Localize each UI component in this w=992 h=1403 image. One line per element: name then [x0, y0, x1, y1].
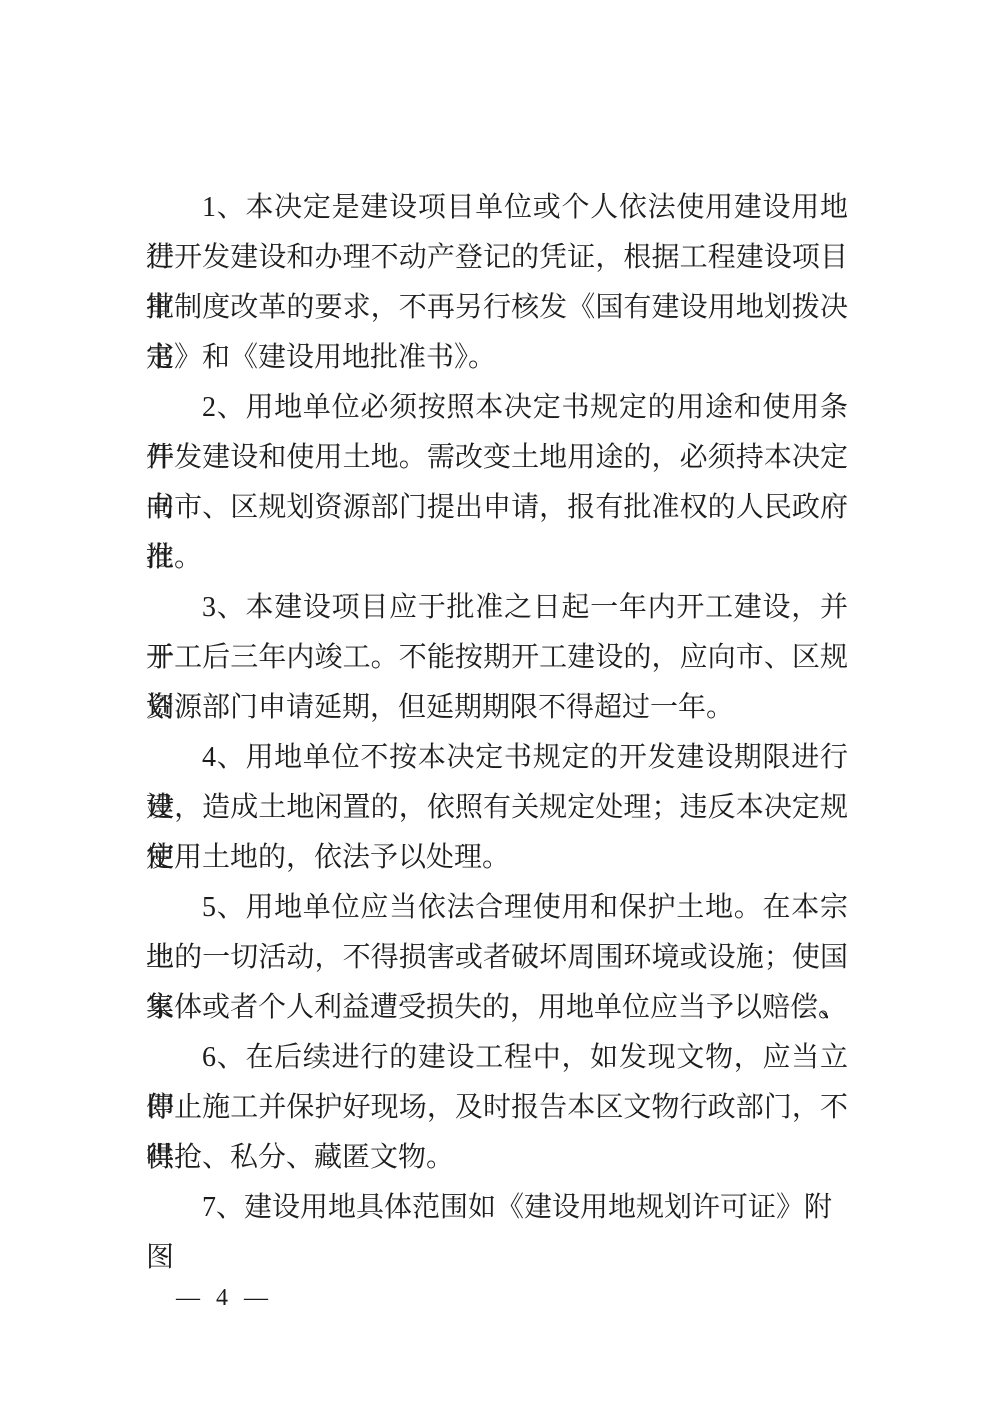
paragraph: 1、本决定是建设项目单位或个人依法使用建设用地进行开发建设和办理不动产登记的凭证… — [146, 183, 848, 383]
paragraph-line: 开工后三年内竣工。不能按期开工建设的，应向市、区规划 — [146, 633, 848, 683]
paragraph-line: 停止施工并保护好现场，及时报告本区文物行政部门，不得 — [146, 1083, 848, 1133]
paragraph-line: 集体或者个人利益遭受损失的，用地单位应当予以赔偿。 — [146, 983, 848, 1033]
paragraph: 6、在后续进行的建设工程中，如发现文物，应当立即停止施工并保护好现场，及时报告本… — [146, 1033, 848, 1183]
paragraph-line: 批制度改革的要求，不再另行核发《国有建设用地划拨决定 — [146, 283, 848, 333]
paragraph-line: 哄抢、私分、藏匿文物。 — [146, 1133, 848, 1183]
paragraph: 2、用地单位必须按照本决定书规定的用途和使用条件开发建设和使用土地。需改变土地用… — [146, 383, 848, 583]
paragraph-line: 4、用地单位不按本决定书规定的开发建设期限进行建 — [146, 733, 848, 783]
paragraph-line: 5、用地单位应当依法合理使用和保护土地。在本宗地 — [146, 883, 848, 933]
paragraph-line: 开发建设和使用土地。需改变土地用途的，必须持本决定书 — [146, 433, 848, 483]
paragraph-line: 6、在后续进行的建设工程中，如发现文物，应当立即 — [146, 1033, 848, 1083]
paragraph-line: 设，造成土地闲置的，依照有关规定处理；违反本决定规定 — [146, 783, 848, 833]
paragraph-line: 上的一切活动，不得损害或者破坏周围环境或设施；使国家、 — [146, 933, 848, 983]
document-body: 1、本决定是建设项目单位或个人依法使用建设用地进行开发建设和办理不动产登记的凭证… — [146, 183, 848, 1233]
paragraph-line: 7、建设用地具体范围如《建设用地规划许可证》附图 — [146, 1183, 848, 1233]
paragraph-line: 向市、区规划资源部门提出申请，报有批准权的人民政府批 — [146, 483, 848, 533]
paragraph-line: 使用土地的，依法予以处理。 — [146, 833, 848, 883]
paragraph-line: 书》和《建设用地批准书》。 — [146, 333, 848, 383]
paragraph: 5、用地单位应当依法合理使用和保护土地。在本宗地上的一切活动，不得损害或者破坏周… — [146, 883, 848, 1033]
paragraph: 4、用地单位不按本决定书规定的开发建设期限进行建设，造成土地闲置的，依照有关规定… — [146, 733, 848, 883]
paragraph-line: 3、本建设项目应于批准之日起一年内开工建设，并于 — [146, 583, 848, 633]
document-page: 1、本决定是建设项目单位或个人依法使用建设用地进行开发建设和办理不动产登记的凭证… — [0, 0, 992, 1403]
paragraph-line: 行开发建设和办理不动产登记的凭证，根据工程建设项目审 — [146, 233, 848, 283]
page-number: — 4 — — [176, 1285, 273, 1311]
paragraph: 3、本建设项目应于批准之日起一年内开工建设，并于开工后三年内竣工。不能按期开工建… — [146, 583, 848, 733]
paragraph-line: 2、用地单位必须按照本决定书规定的用途和使用条件 — [146, 383, 848, 433]
paragraph-line: 1、本决定是建设项目单位或个人依法使用建设用地进 — [146, 183, 848, 233]
paragraph: 7、建设用地具体范围如《建设用地规划许可证》附图 — [146, 1183, 848, 1233]
paragraph-line: 资源部门申请延期，但延期期限不得超过一年。 — [146, 683, 848, 733]
page-footer: — 4 — — [176, 1281, 273, 1315]
paragraph-line: 准。 — [146, 533, 848, 583]
